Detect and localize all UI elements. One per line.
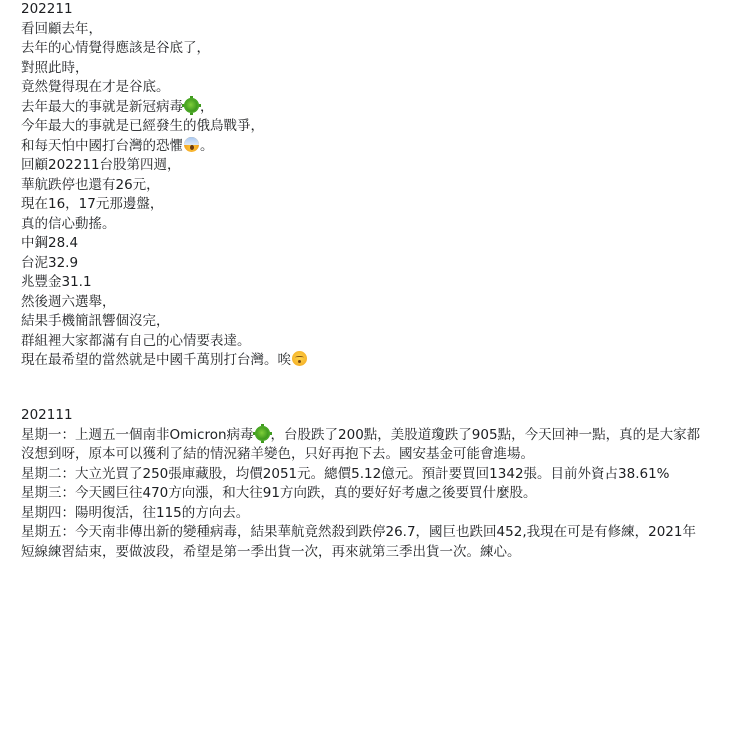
text-segment: 和每天怕中國打台灣的恐懼 (21, 138, 183, 154)
text-segment: ， (200, 99, 214, 115)
text-line-covid: 去年最大的事就是新冠病毒， (21, 98, 721, 118)
text-line: 竟然覺得現在才是谷底。 (21, 78, 721, 98)
virus-icon (255, 426, 270, 441)
post-202111: 202111 星期一：上週五一個南非Omicron病毒，台股跌了200點，美股道… (21, 406, 701, 562)
text-line: 真的信心動搖。 (21, 215, 721, 235)
virus-icon (184, 98, 199, 113)
text-line: 今年最大的事就是已經發生的俄烏戰爭， (21, 117, 721, 137)
text-line: 去年的心情覺得應該是谷底了， (21, 39, 721, 59)
text-segment: 去年最大的事就是新冠病毒 (21, 99, 183, 115)
text-segment: 。 (200, 138, 214, 154)
text-line: 看回顧去年， (21, 20, 721, 40)
text-line: 華航跌停也還有26元， (21, 176, 721, 196)
entry-thursday: 星期四：陽明復活，往115的方向去。 (21, 504, 701, 524)
post-202211: 202211 看回顧去年， 去年的心情覺得應該是谷底了， 對照此時， 竟然覺得現… (21, 0, 721, 371)
text-line: 兆豐金31.1 (21, 273, 721, 293)
entry-tuesday: 星期二：大立光買了250張庫藏股，均價2051元。總價5.12億元。預計要買回1… (21, 465, 701, 485)
post-title: 202111 (21, 406, 701, 426)
text-line: 台泥32.9 (21, 254, 721, 274)
text-line: 現在16，17元那邊盤， (21, 195, 721, 215)
entry-monday: 星期一：上週五一個南非Omicron病毒，台股跌了200點，美股道瓊跌了905點… (21, 426, 701, 465)
post-title: 202211 (21, 0, 721, 20)
entry-friday: 星期五：今天南非傳出新的變種病毒，結果華航竟然殺到跌停26.7，國巨也跌回452… (21, 523, 701, 562)
text-line: 對照此時， (21, 59, 721, 79)
entry-wednesday: 星期三：今天國巨往470方向漲，和大往91方向跌，真的要好好考慮之後要買什麼股。 (21, 484, 701, 504)
text-line: 中鋼28.4 (21, 234, 721, 254)
screaming-face-icon (184, 137, 199, 152)
text-segment: 現在最希望的當然就是中國千萬別打台灣。唉 (21, 352, 291, 368)
text-line: 回顧202211台股第四週， (21, 156, 721, 176)
text-line: 結果手機簡訊響個沒完， (21, 312, 721, 332)
sighing-face-icon (292, 351, 307, 366)
text-segment: 星期一：上週五一個南非Omicron病毒 (21, 427, 254, 443)
text-line-fear: 和每天怕中國打台灣的恐懼。 (21, 137, 721, 157)
text-line-last: 現在最希望的當然就是中國千萬別打台灣。唉 (21, 351, 721, 371)
text-line: 群組裡大家都滿有自己的心情要表達。 (21, 332, 721, 352)
text-line: 然後週六選舉， (21, 293, 721, 313)
